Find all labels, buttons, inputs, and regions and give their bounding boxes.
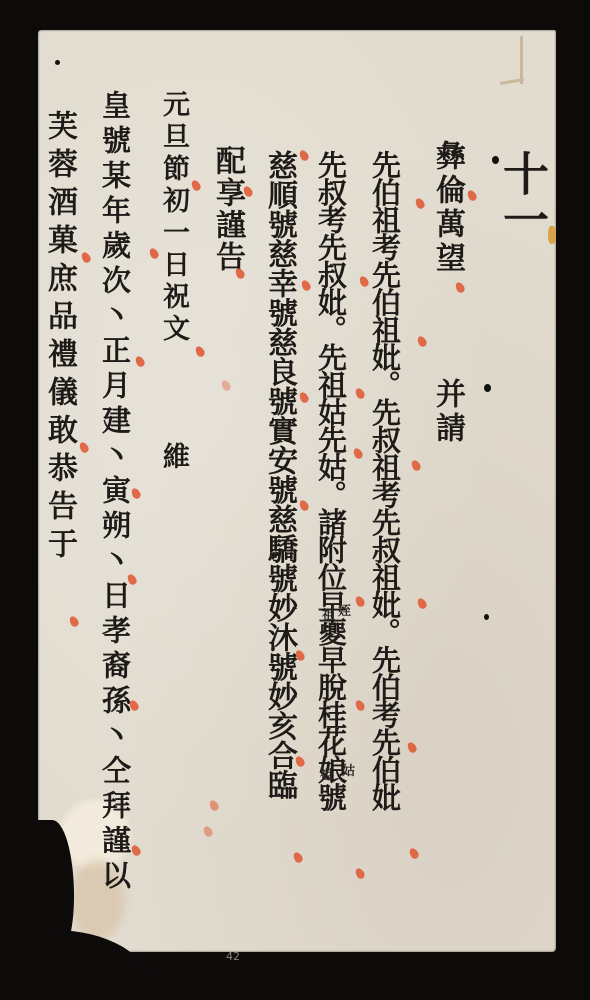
interlinear-note: 祖 (322, 604, 335, 623)
ink-spot (55, 60, 60, 65)
folio-number: 42 (226, 950, 240, 963)
ink-spot (484, 614, 489, 620)
ink-spot (484, 384, 491, 392)
interlinear-note: 姪 (338, 600, 351, 619)
interlinear-note: 祖 (320, 764, 333, 783)
text-column-7: 皇號某年歲次丶正月建丶寅朔丶日孝裔孫丶仝拜謹以 (100, 90, 129, 895)
interlinear-note: 姑 (342, 760, 355, 779)
manuscript-viewer: 十一 彝倫萬望 并請 先伯祖考先伯祖妣。先叔祖考先叔祖妣。先伯考先伯妣 先叔考先… (0, 0, 590, 1000)
page-marker: 十一 (500, 150, 546, 242)
text-column-6: 元旦節初一日祝文 維 (160, 90, 187, 474)
text-column-3: 先叔考先叔妣。先祖姑先姑。諸附位早夒早脫桂花娘號 (316, 150, 345, 810)
text-column-1: 彝倫萬望 并請 (432, 140, 462, 446)
text-column-8: 芙蓉酒菓庶品禮儀敢恭告于 (44, 110, 74, 566)
text-column-5: 配享謹告 (212, 145, 242, 273)
fold-mark (520, 36, 523, 84)
text-column-4: 慈順號慈幸號慈良號實安號慈驕號妙沐號妙亥合臨 (264, 150, 294, 799)
ink-spot (492, 156, 499, 164)
text-column-2: 先伯祖考先伯祖妣。先叔祖考先叔祖妣。先伯考先伯妣 (370, 150, 399, 810)
